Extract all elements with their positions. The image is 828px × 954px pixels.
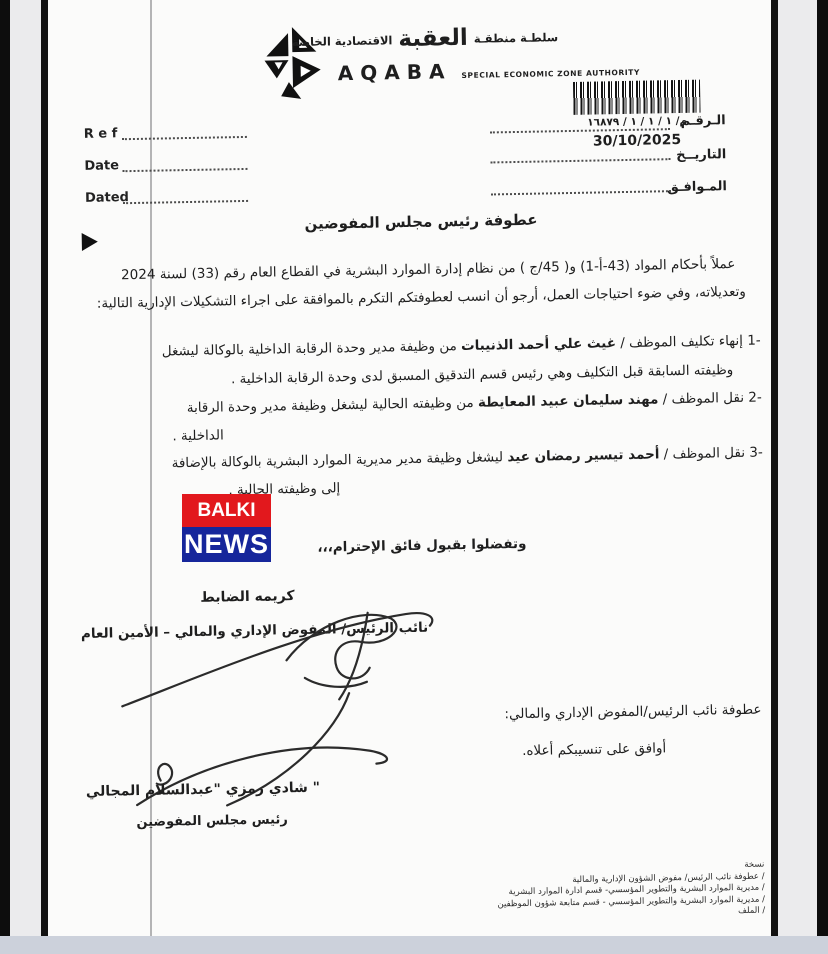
intro-line-1: عملاً بأحكام المواد (43-أ-1) و( 45/ج ) م… (121, 256, 736, 283)
item-1-number: 1- (747, 333, 761, 349)
watermark-top: BALKI (182, 494, 271, 527)
barcode (573, 80, 701, 115)
signature-ink-chairman (107, 688, 419, 824)
logo-arabic-suffix: الاقتصادية الخاصة (292, 33, 393, 52)
item-2-line-2: الداخلية . (172, 427, 224, 444)
right-edge-black-bar (817, 0, 828, 936)
approval-heading: عطوفة نائب الرئيس/المفوض الإداري والمالي… (504, 702, 761, 723)
left-edge-black-bar (0, 0, 10, 936)
intro-line-2: وتعديلاته، وفي ضوء احتياجات العمل، أرجو … (97, 284, 746, 312)
date-line-ar (490, 158, 670, 163)
chairman-title: رئيس مجلس المفوضين (136, 812, 288, 830)
item-1-employee-name: غيث علي أحمد الذنيبات (461, 335, 616, 354)
approval-statement: أوافق على تنسيبكم أعلاه. (522, 740, 666, 759)
item-3-rest: ليشغل وظيفة مدير مديرية الموارد البشرية … (171, 449, 507, 471)
ref-line (122, 136, 247, 140)
matching-label-ar: المـوافـق (667, 179, 727, 195)
ref-label: R e f (84, 126, 118, 142)
date-line (122, 168, 247, 172)
item-2-number: 2- (748, 390, 762, 406)
item-1-prefix: إنهاء تكليف الموظف / (616, 333, 748, 351)
logo-arabic-text: سلطـة منطقـة العقبة الاقتصادية الخاصة (292, 25, 559, 52)
dated-line (123, 200, 248, 204)
item-3-line-1: 3- نقل الموظف / أحمد تيسير رمضان عيد ليش… (171, 445, 762, 472)
number-label-ar: الـرقـم (681, 113, 726, 129)
balki-news-watermark: BALKI NEWS (182, 494, 271, 562)
scanned-letter-photo: سلطـة منطقـة العقبة الاقتصادية الخاصة AQ… (0, 0, 828, 954)
logo-arabic-prefix: سلطـة منطقـة (474, 30, 559, 49)
watermark-bottom: NEWS (182, 527, 271, 562)
letter-content: سلطـة منطقـة العقبة الاقتصادية الخاصة AQ… (39, 0, 779, 943)
item-3-number: 3- (749, 445, 763, 461)
item-1-line-1: 1- إنهاء تكليف الموظف / غيث علي أحمد الذ… (162, 333, 761, 360)
logo-arabic-big: العقبة (398, 27, 468, 50)
item-2-prefix: نقل الموظف / (658, 390, 748, 408)
date-label-ar: التاريــخ (676, 147, 726, 163)
item-2-employee-name: مهند سليمان عبيد المعايطة (478, 391, 659, 410)
item-1-line-2: وظيفته السابقة قبل التكليف وهي رئيس قسم … (231, 362, 734, 387)
item-2-rest: من وظيفته الحالية ليشغل وظيفة مدير وحدة … (187, 395, 478, 416)
cc-block: نسخة / عطوفة نائب الرئيس/ مفوض الشؤون ال… (497, 860, 766, 922)
letter-salutation: عطوفة رئيس مجلس المفوضين (59, 206, 782, 237)
logo-latin-name: AQABA (338, 59, 452, 85)
left-edge-gray-strip (10, 0, 41, 936)
closing-line: وتفضلوا بقبول فائق الإحترام،،، (317, 536, 526, 556)
logo-latin-subtitle: SPECIAL ECONOMIC ZONE AUTHORITY (461, 68, 640, 80)
right-edge-gray-strip (778, 0, 817, 936)
date-label: Date (84, 158, 119, 174)
item-1-rest: من وظيفة مدير وحدة الرقابة الداخلية بالو… (162, 338, 462, 359)
item-3-prefix: نقل الموظف / (659, 445, 749, 463)
item-3-employee-name: أحمد تيسير رمضان عيد (507, 446, 659, 465)
matching-line-ar (491, 190, 671, 195)
item-2-line-1: 2- نقل الموظف / مهند سليمان عبيد المعايط… (187, 390, 762, 417)
